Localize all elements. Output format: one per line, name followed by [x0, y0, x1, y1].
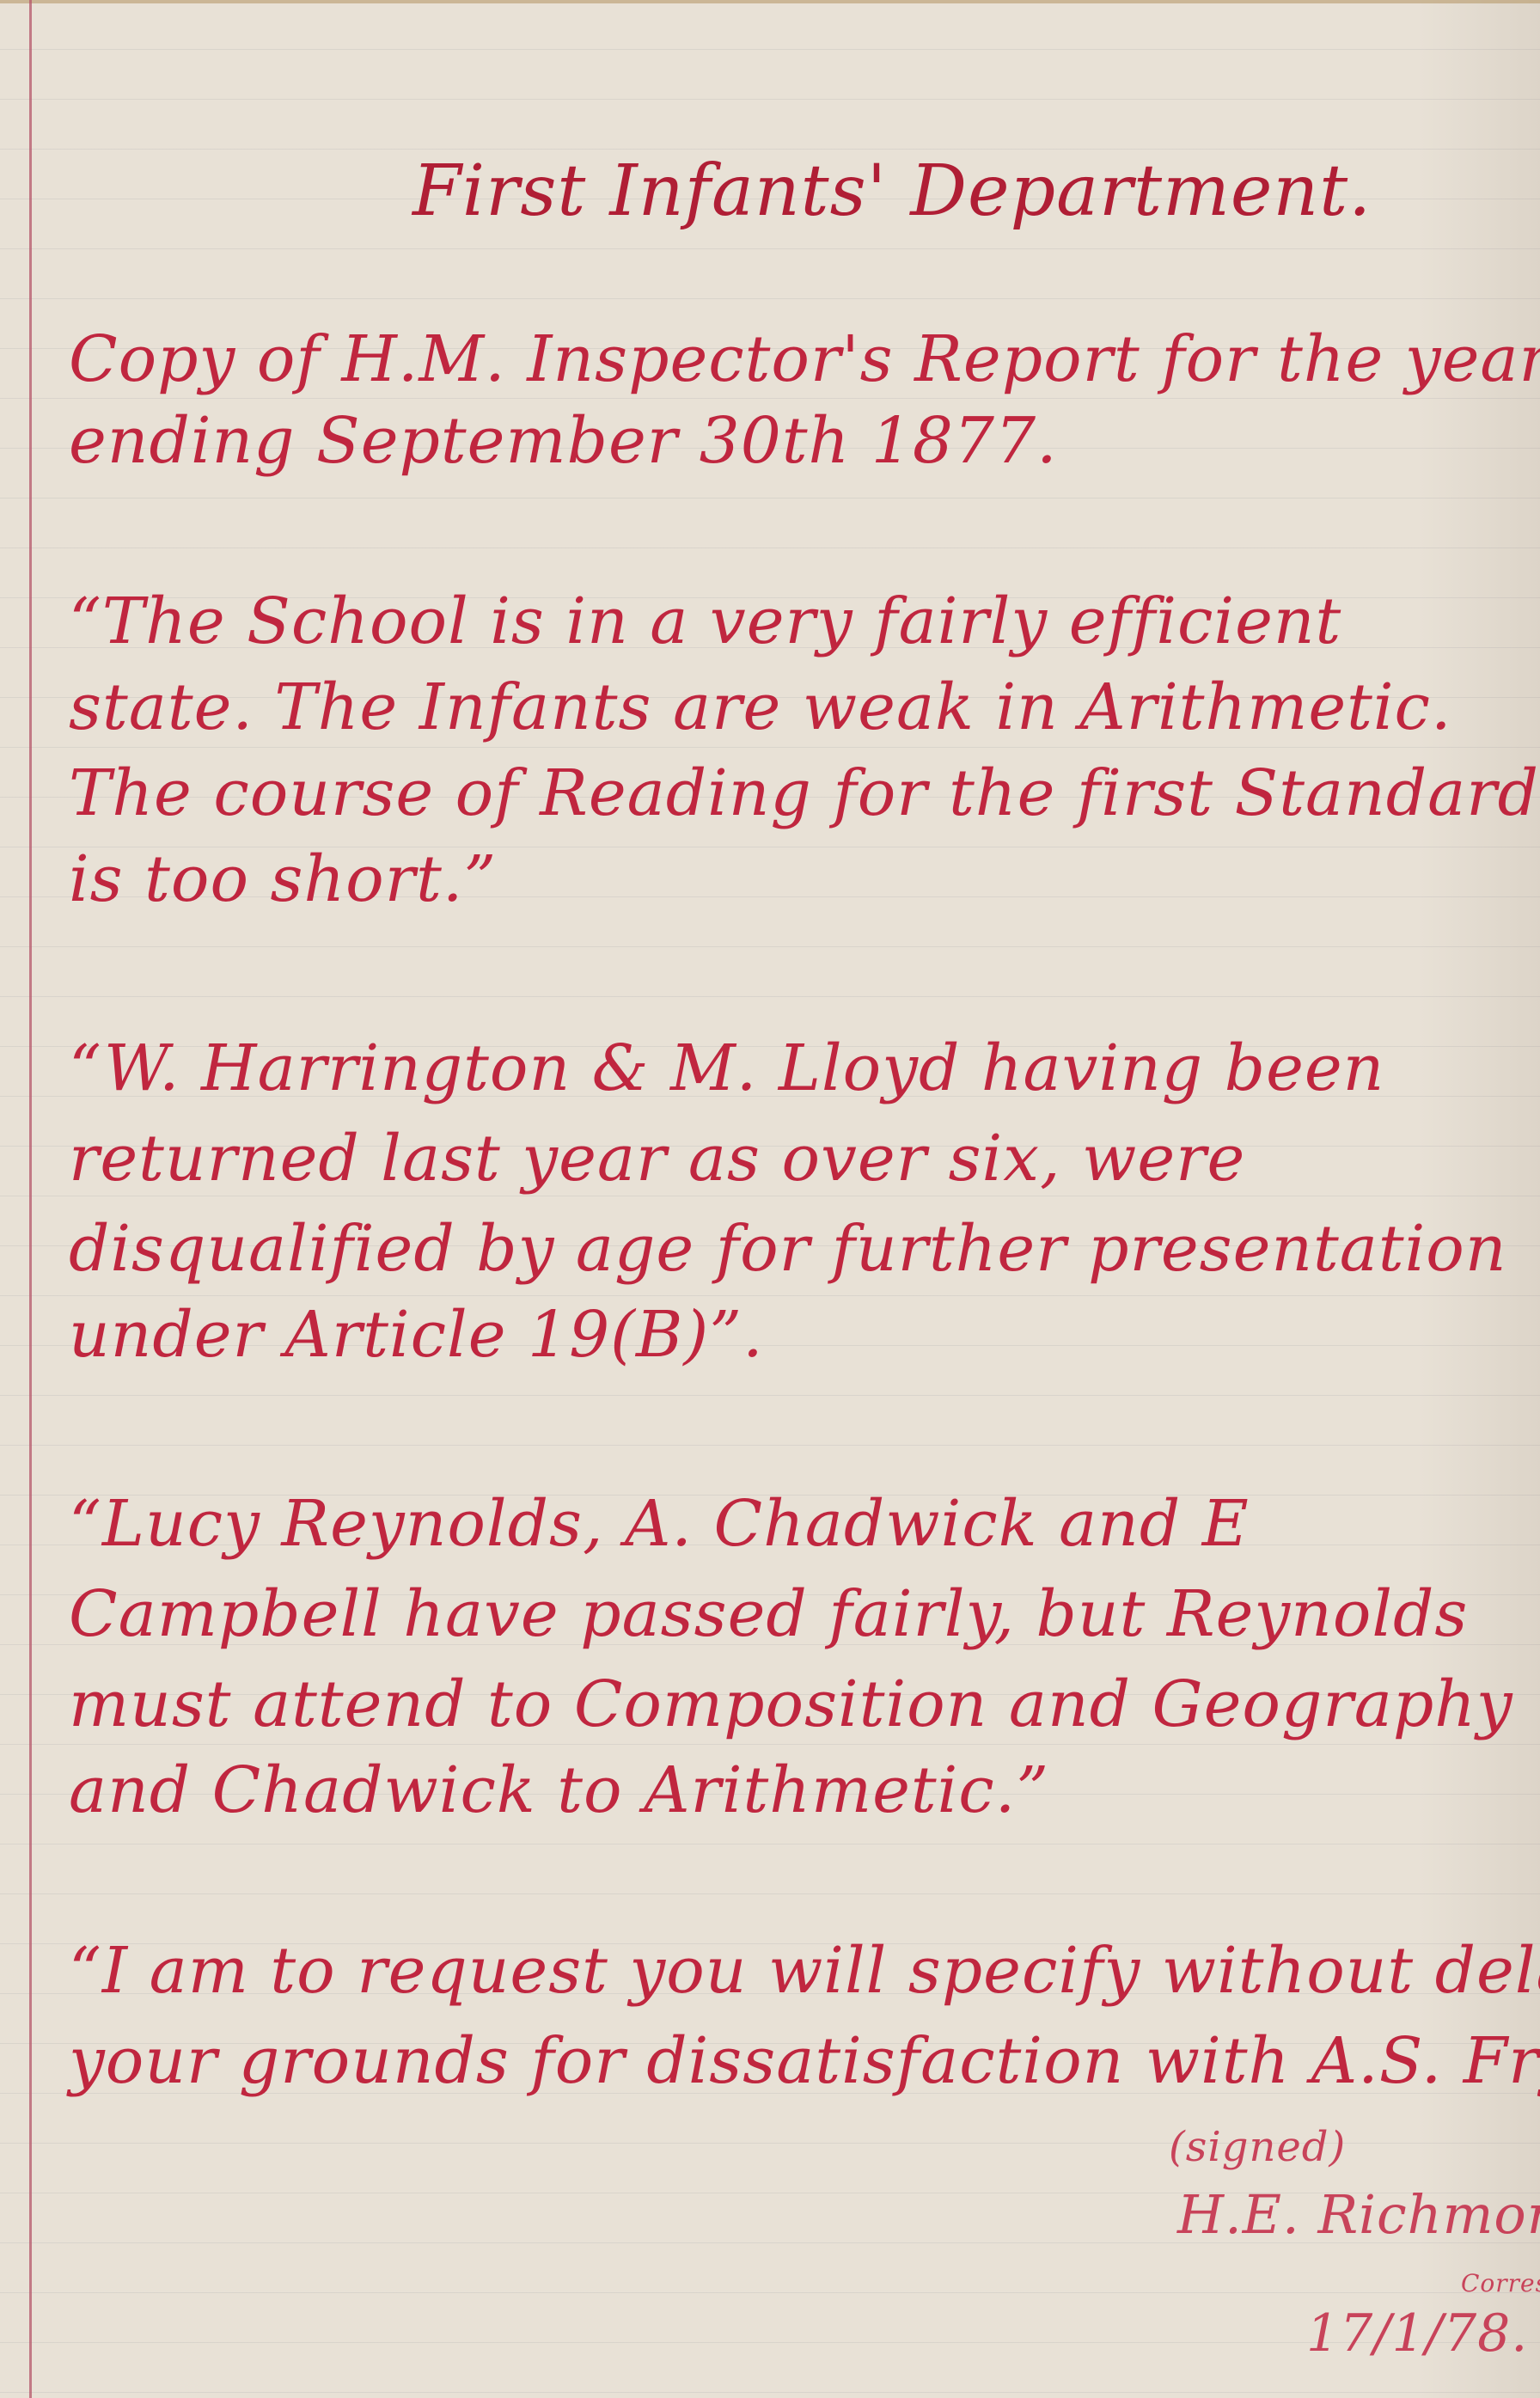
- paragraph-3-line-2: Campbell have passed fairly, but Reynold…: [69, 1577, 1468, 1651]
- heading-line-1: Copy of H.M. Inspector's Report for the …: [69, 322, 1540, 396]
- signature-date: 17/1/78.: [1306, 2303, 1528, 2364]
- paragraph-1-line-4: is too short.”: [69, 842, 497, 916]
- paragraph-2-line-1: “W. Harrington & M. Lloyd having been: [69, 1031, 1384, 1105]
- paragraph-2-line-4: under Article 19(B)”.: [69, 1298, 764, 1372]
- paragraph-3-line-1: “Lucy Reynolds, A. Chadwick and E: [69, 1487, 1250, 1561]
- paragraph-3-line-4: and Chadwick to Arithmetic.”: [69, 1753, 1049, 1827]
- paragraph-3-line-3: must attend to Composition and Geography: [69, 1667, 1513, 1741]
- paragraph-2-line-3: disqualified by age for further presenta…: [69, 1212, 1507, 1286]
- margin-rule: [29, 0, 32, 2398]
- signature-name: H.E. Richmond: [1177, 2183, 1540, 2246]
- paragraph-1-line-2: state. The Infants are weak in Arithmeti…: [69, 670, 1452, 744]
- page-top-edge: [0, 0, 1540, 3]
- page-title: First Infants' Department.: [412, 150, 1372, 232]
- paragraph-4-line-2: your grounds for dissatisfaction with A.…: [69, 2024, 1540, 2098]
- ledger-page: First Infants' Department. Copy of H.M. …: [0, 0, 1540, 2398]
- signature-role: Corresp.: [1461, 2269, 1540, 2297]
- signed-label: (signed): [1169, 2123, 1346, 2171]
- paragraph-2-line-2: returned last year as over six, were: [69, 1122, 1245, 1196]
- paragraph-4-line-1: “I am to request you will specify withou…: [69, 1934, 1540, 2008]
- paragraph-1-line-3: The course of Reading for the first Stan…: [69, 756, 1539, 830]
- heading-line-2: ending September 30th 1877.: [69, 404, 1058, 478]
- paragraph-1-line-1: “The School is in a very fairly efficien…: [69, 584, 1341, 658]
